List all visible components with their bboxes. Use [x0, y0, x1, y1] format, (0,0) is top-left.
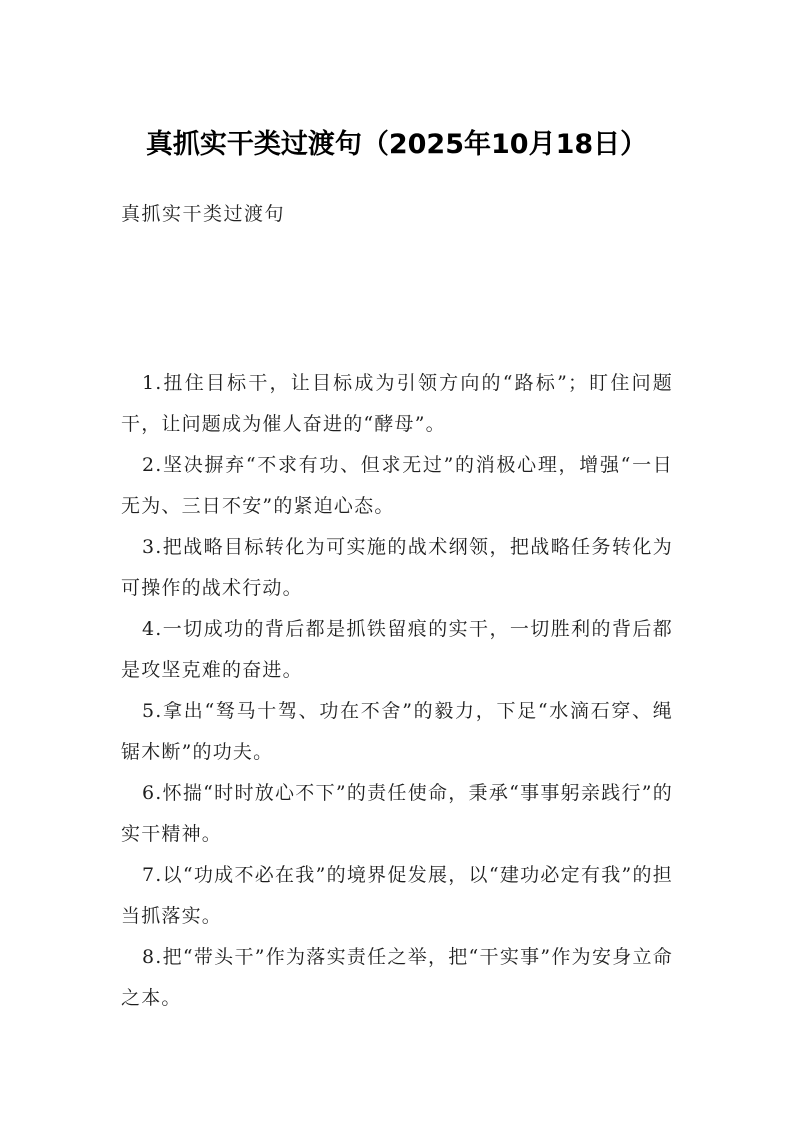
document-body: 1.扭住目标干，让目标成为引领方向的“路标”；盯住问题干，让问题成为催人奋进的“… — [121, 363, 673, 1019]
paragraph-2: 2.坚决摒弃“不求有功、但求无过”的消极心理，增强“一日无为、三日不安”的紧迫心… — [121, 445, 673, 527]
paragraph-4: 4.一切成功的背后都是抓铁留痕的实干，一切胜利的背后都是攻坚克难的奋进。 — [121, 609, 673, 691]
document-subtitle: 真抓实干类过渡句 — [121, 200, 285, 228]
paragraph-5: 5.拿出“驽马十驾、功在不舍”的毅力，下足“水滴石穿、绳锯木断”的功夫。 — [121, 691, 673, 773]
paragraph-3: 3.把战略目标转化为可实施的战术纲领，把战略任务转化为可操作的战术行动。 — [121, 527, 673, 609]
paragraph-1: 1.扭住目标干，让目标成为引领方向的“路标”；盯住问题干，让问题成为催人奋进的“… — [121, 363, 673, 445]
document-title: 真抓实干类过渡句（2025年10月18日） — [0, 126, 793, 164]
document-page: 真抓实干类过渡句（2025年10月18日） 真抓实干类过渡句 1.扭住目标干，让… — [0, 0, 793, 1122]
paragraph-6: 6.怀揣“时时放心不下”的责任使命，秉承“事事躬亲践行”的实干精神。 — [121, 773, 673, 855]
paragraph-7: 7.以“功成不必在我”的境界促发展，以“建功必定有我”的担当抓落实。 — [121, 855, 673, 937]
paragraph-8: 8.把“带头干”作为落实责任之举，把“干实事”作为安身立命之本。 — [121, 937, 673, 1019]
